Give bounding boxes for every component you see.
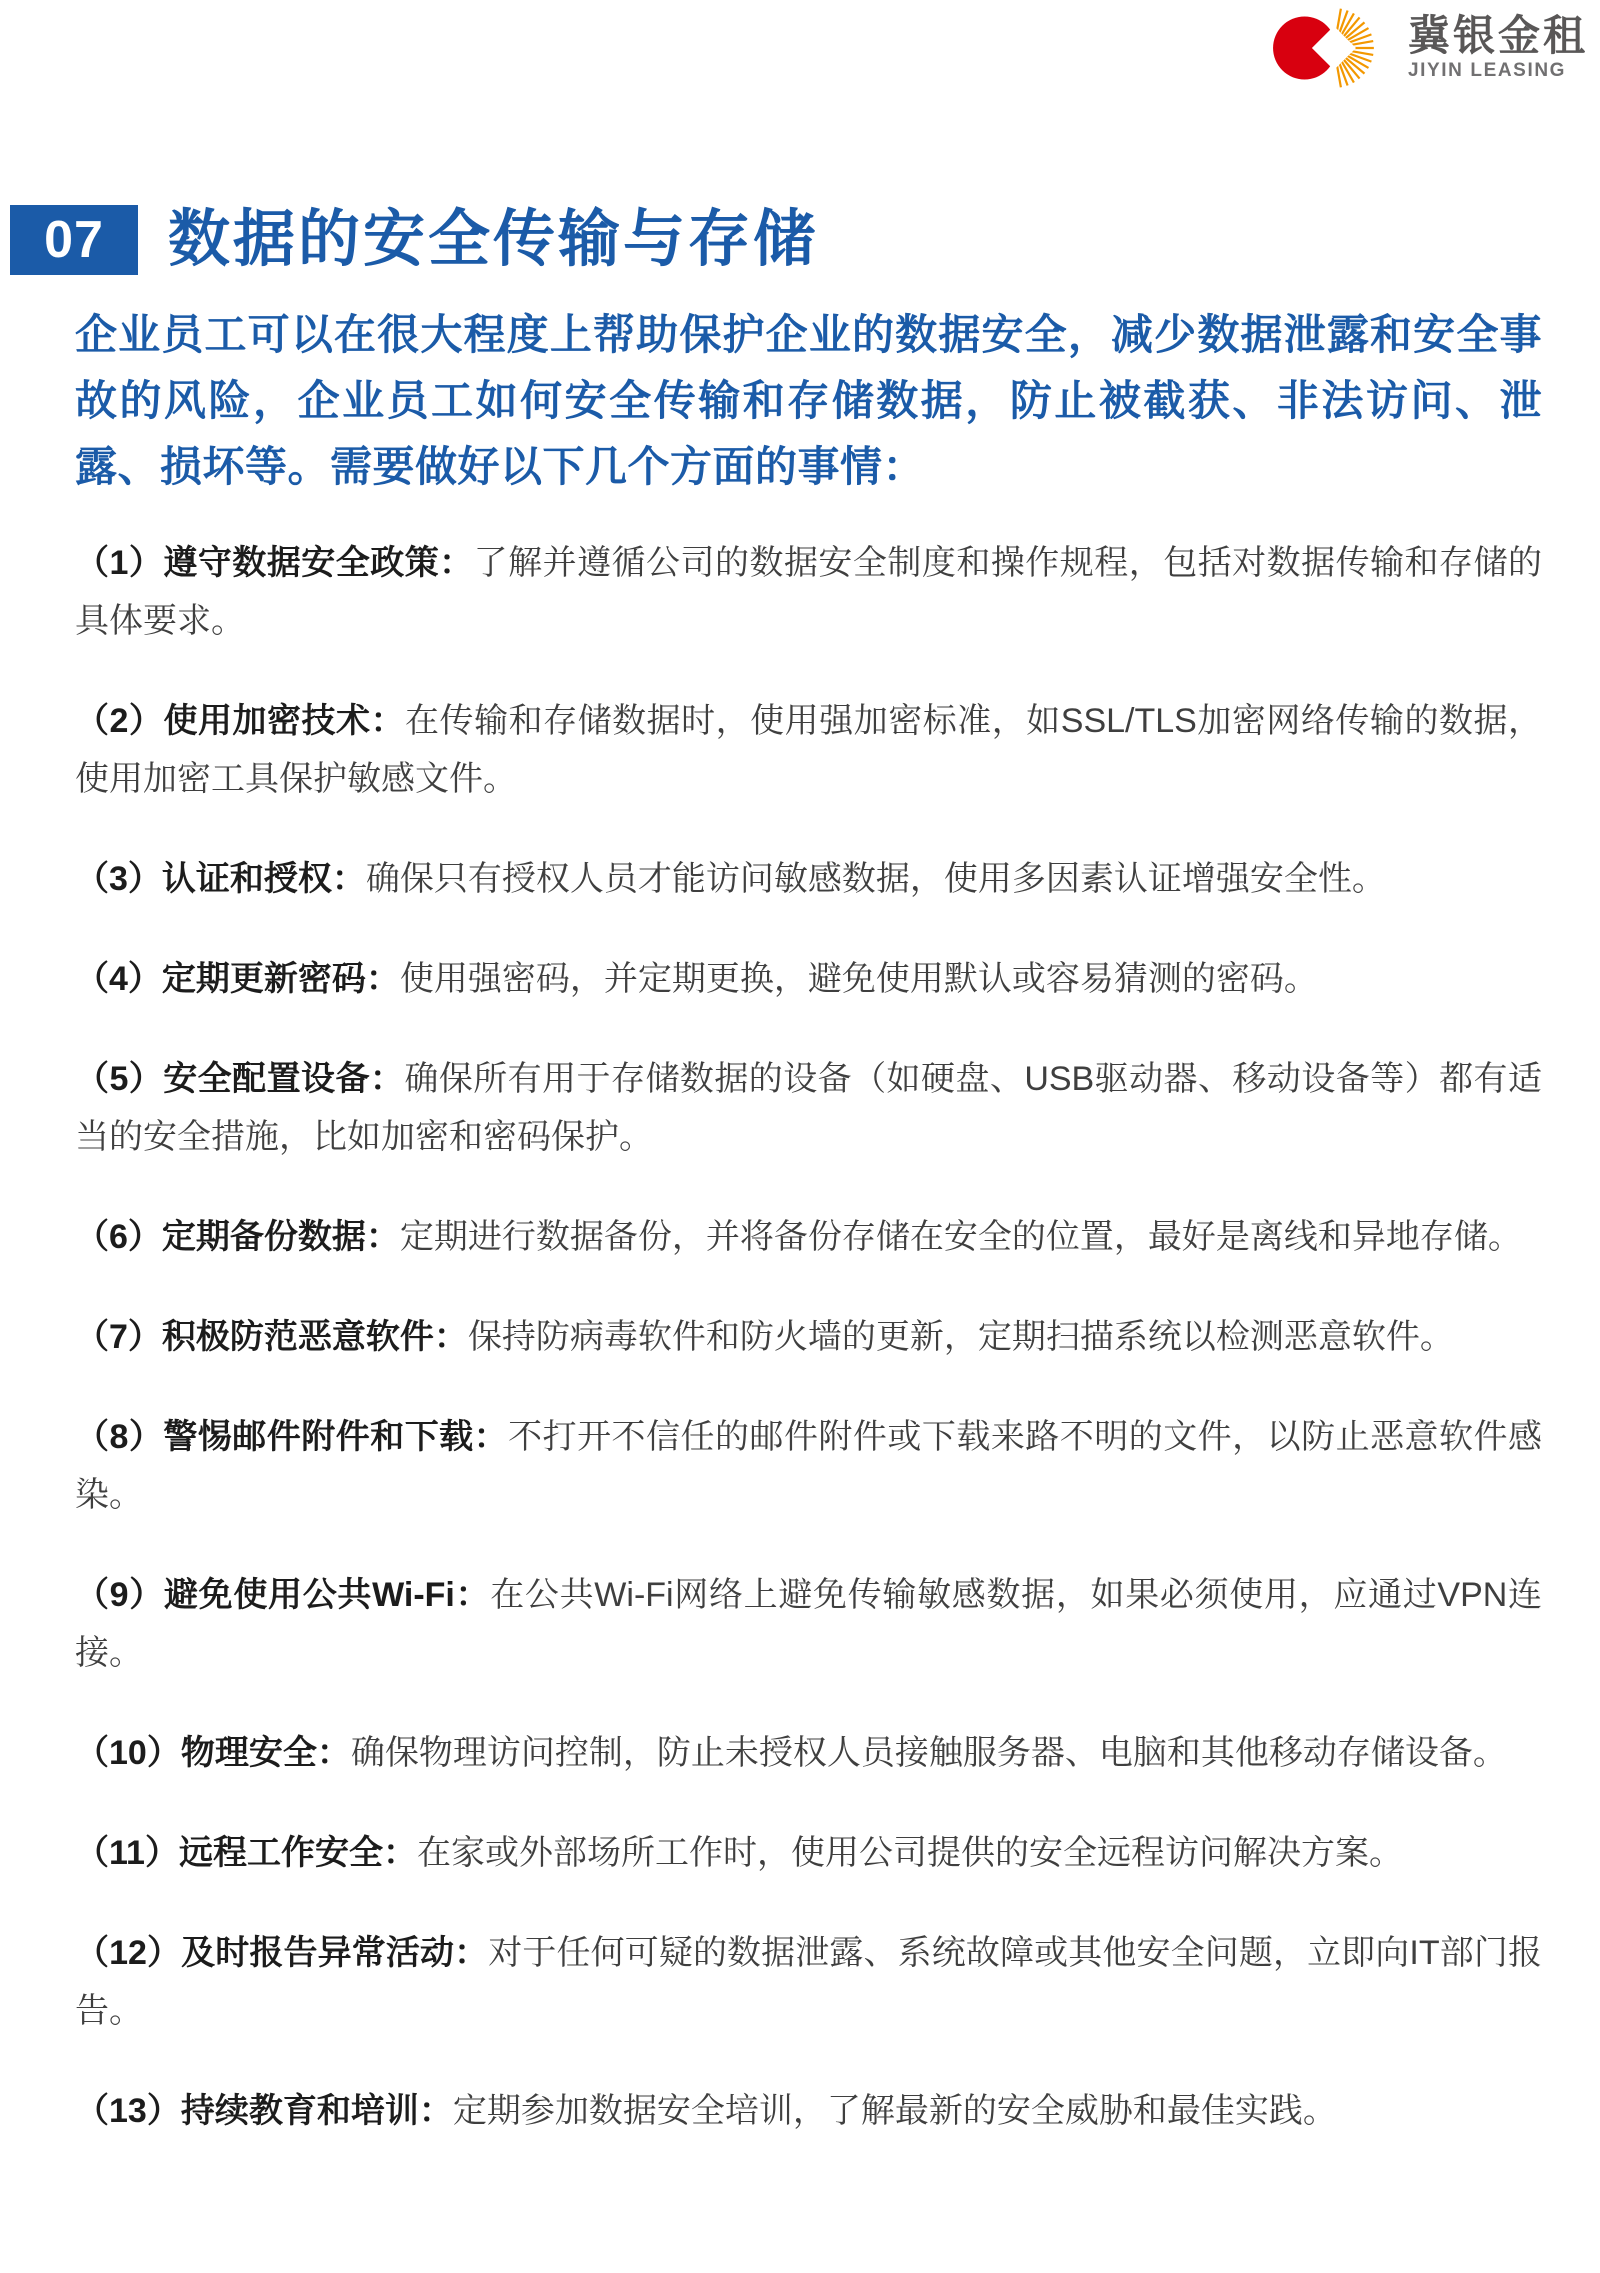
item-3-text: 确保只有授权人员才能访问敏感数据，使用多因素认证增强安全性。 — [366, 860, 1386, 898]
list-item-3: （3）认证和授权：确保只有授权人员才能访问敏感数据，使用多因素认证增强安全性。 — [75, 850, 1542, 908]
list-item-8: （8）警惕邮件附件和下载：不打开不信任的邮件附件或下载来路不明的文件，以防止恶意… — [75, 1408, 1542, 1524]
item-5-label: （5）安全配置设备： — [75, 1060, 404, 1098]
section-number-badge: 07 — [10, 205, 138, 275]
list-item-7: （7）积极防范恶意软件：保持防病毒软件和防火墙的更新，定期扫描系统以检测恶意软件… — [75, 1308, 1542, 1366]
page-title: 数据的安全传输与存储 — [168, 205, 818, 275]
logo-company-name-cn: 冀银金租 — [1408, 14, 1588, 58]
item-7-text: 保持防病毒软件和防火墙的更新，定期扫描系统以检测恶意软件。 — [468, 1318, 1454, 1356]
item-10-text: 确保物理访问控制，防止未授权人员接触服务器、电脑和其他移动存储设备。 — [351, 1734, 1507, 1772]
item-10-label: （10）物理安全： — [75, 1734, 351, 1772]
item-list: （1）遵守数据安全政策：了解并遵循公司的数据安全制度和操作规程，包括对数据传输和… — [75, 534, 1542, 2182]
item-7-label: （7）积极防范恶意软件： — [75, 1318, 468, 1356]
list-item-6: （6）定期备份数据：定期进行数据备份，并将备份存储在安全的位置，最好是离线和异地… — [75, 1208, 1542, 1266]
list-item-12: （12）及时报告异常活动：对于任何可疑的数据泄露、系统故障或其他安全问题，立即向… — [75, 1924, 1542, 2040]
item-11-text: 在家或外部场所工作时，使用公司提供的安全远程访问解决方案。 — [417, 1834, 1403, 1872]
item-4-text: 使用强密码，并定期更换，避免使用默认或容易猜测的密码。 — [400, 960, 1318, 998]
section-title-row: 07 数据的安全传输与存储 — [10, 205, 818, 275]
item-11-label: （11）远程工作安全： — [75, 1834, 417, 1872]
list-item-9: （9）避免使用公共Wi-Fi：在公共Wi-Fi网络上避免传输敏感数据，如果必须使… — [75, 1566, 1542, 1682]
item-6-text: 定期进行数据备份，并将备份存储在安全的位置，最好是离线和异地存储。 — [400, 1218, 1522, 1256]
list-item-2: （2）使用加密技术：在传输和存储数据时，使用强加密标准，如SSL/TLS加密网络… — [75, 692, 1542, 808]
jiyin-sunburst-logo-icon — [1272, 6, 1398, 90]
list-item-11: （11）远程工作安全：在家或外部场所工作时，使用公司提供的安全远程访问解决方案。 — [75, 1824, 1542, 1882]
item-3-label: （3）认证和授权： — [75, 860, 366, 898]
logo-text: 冀银金租 JIYIN LEASING — [1408, 14, 1588, 82]
list-item-13: （13）持续教育和培训：定期参加数据安全培训，了解最新的安全威胁和最佳实践。 — [75, 2082, 1542, 2140]
item-1-label: （1）遵守数据安全政策： — [75, 544, 474, 582]
logo-company-name-en: JIYIN LEASING — [1408, 60, 1588, 82]
item-2-label: （2）使用加密技术： — [75, 702, 405, 740]
document-page: 冀银金租 JIYIN LEASING 07 数据的安全传输与存储 企业员工可以在… — [0, 0, 1600, 2273]
item-13-text: 定期参加数据安全培训，了解最新的安全威胁和最佳实践。 — [453, 2092, 1337, 2130]
company-logo: 冀银金租 JIYIN LEASING — [1272, 6, 1588, 90]
item-4-label: （4）定期更新密码： — [75, 960, 400, 998]
list-item-4: （4）定期更新密码：使用强密码，并定期更换，避免使用默认或容易猜测的密码。 — [75, 950, 1542, 1008]
item-12-label: （12）及时报告异常活动： — [75, 1934, 488, 1972]
intro-paragraph: 企业员工可以在很大程度上帮助保护企业的数据安全，减少数据泄露和安全事故的风险，企… — [75, 302, 1542, 500]
list-item-1: （1）遵守数据安全政策：了解并遵循公司的数据安全制度和操作规程，包括对数据传输和… — [75, 534, 1542, 650]
item-13-label: （13）持续教育和培训： — [75, 2092, 453, 2130]
list-item-5: （5）安全配置设备：确保所有用于存储数据的设备（如硬盘、USB驱动器、移动设备等… — [75, 1050, 1542, 1166]
item-6-label: （6）定期备份数据： — [75, 1218, 400, 1256]
item-9-label: （9）避免使用公共Wi-Fi： — [75, 1576, 490, 1614]
item-8-label: （8）警惕邮件附件和下载： — [75, 1418, 508, 1456]
list-item-10: （10）物理安全：确保物理访问控制，防止未授权人员接触服务器、电脑和其他移动存储… — [75, 1724, 1542, 1782]
